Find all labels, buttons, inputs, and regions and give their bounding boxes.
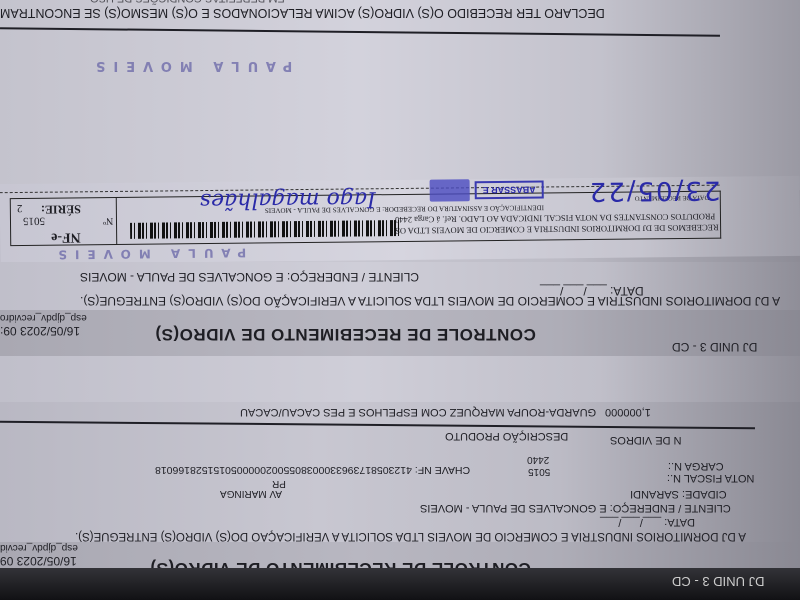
bottom-cliente-label: CLIENTE / ENDEREÇO: — [610, 502, 731, 514]
declaration-line2: EM PERFEITAS CONDIÇÕES DE USO — [90, 0, 285, 4]
cidade-value: SARANDI — [630, 488, 679, 500]
carga-value: 2440 — [527, 454, 549, 465]
bottom-data-value: ___/___/___ — [600, 516, 661, 528]
carga-label: CARGA N.: — [668, 460, 724, 472]
dark-background-edge: DJ UNID 3 - CD — [0, 568, 800, 600]
blue-stamp-text: ABASSAR E — [475, 180, 544, 199]
handwritten-date: 23/05/22 — [588, 175, 721, 206]
items-header-line — [0, 421, 755, 429]
blue-ink-stamp — [430, 179, 470, 201]
item-qty: 1,000000 — [605, 406, 651, 418]
middle-cliente-value: E GONCALVES DE PAULA - MOVEIS — [80, 270, 284, 284]
bottom-sheet: GUARDA-ROUPA MARQUEZ COM ESPELHOS E PES … — [0, 402, 800, 572]
numero-label: Nº — [103, 215, 113, 226]
bottom-data: DATA: ___/___/___ — [600, 516, 695, 528]
middle-sheet: CLIENTE / ENDEREÇO: E GONCALVES DE PAULA… — [0, 262, 800, 402]
nota-fiscal-value: 5015 — [528, 466, 550, 477]
chave-nf: CHAVE NF: 412305817396330003805500200000… — [155, 464, 470, 476]
paula-moveis-stamp: PAULA MOVEIS — [88, 58, 292, 73]
document-photo: EM PERFEITAS CONDIÇÕES DE USO DECLARO TE… — [0, 0, 800, 600]
signature-line — [0, 27, 720, 36]
nota-fiscal-label: NOTA FISCAL N.: — [667, 472, 754, 484]
address: AV MARINGA — [220, 488, 282, 499]
header-n-vidros: N DE VIDROS — [610, 434, 682, 446]
serie-value: 2 — [17, 202, 23, 214]
recebemos-line: RECEBEMOS DE DJ DORMITORIOS INDUSTRIA E … — [395, 223, 719, 236]
cidade: CIDADE: SARANDI — [630, 488, 727, 500]
numero-value: 5015 — [23, 215, 45, 227]
middle-unit: DJ UNID 3 - CD — [672, 340, 757, 354]
bottom-user: esp_djpdv_recvid — [0, 542, 78, 553]
serie-label: SÉRIE: — [41, 201, 81, 216]
chave-value: 4123058173963300038055002000005015152816… — [155, 464, 412, 476]
bottom-cliente: CLIENTE / ENDEREÇO: E GONCALVES DE PAULA… — [420, 502, 731, 514]
nfe-label: NF-e — [51, 228, 81, 244]
nfe-box: SÉRIE: 2 Nº 5015 NF-e — [10, 197, 117, 246]
bottom-data-label: DATA: — [664, 516, 695, 528]
top-sheet: EM PERFEITAS CONDIÇÕES DE USO DECLARO TE… — [0, 0, 800, 190]
handwritten-signature: Iago magalhães — [200, 186, 376, 213]
chave-label: CHAVE NF: — [415, 464, 470, 476]
item-description: GUARDA-ROUPA MARQUEZ COM ESPELHOS E PES … — [240, 406, 596, 418]
middle-cliente-label: CLIENTE / ENDEREÇO: — [287, 270, 419, 284]
bottom-unit: DJ UNID 3 - CD — [672, 574, 764, 589]
bottom-datetime: 16/05/2023 09 — [0, 554, 77, 568]
cidade-label: CIDADE: — [682, 488, 727, 500]
paula-moveis-stamp-2: PAULA MOVEIS — [50, 246, 246, 262]
bottom-cliente-value: E GONCALVES DE PAULA - MOVEIS — [420, 502, 607, 514]
bottom-intro: A DJ DORMITORIOS INDUSTRIA E COMERCIO DE… — [75, 530, 746, 542]
barcode — [130, 220, 400, 239]
nfe-receipt-strip: SÉRIE: 2 Nº 5015 NF-e RECEBEMOS DE DJ DO… — [0, 176, 800, 264]
middle-title-band: esp_djpdv_recvidro 16/05/2023 09: CONTRO… — [0, 310, 800, 356]
middle-datetime: 16/05/2023 09: — [0, 324, 80, 338]
middle-title: CONTROLE DE RECEBIMENTO DE VIDRO(S) — [155, 324, 536, 344]
declaration-line1: DECLARO TER RECEBIDO O(S) VIDRO(S) ACIMA… — [0, 6, 605, 20]
middle-cliente: CLIENTE / ENDEREÇO: E GONCALVES DE PAULA… — [80, 270, 419, 284]
middle-intro: A DJ DORMITORIOS INDUSTRIA E COMERCIO DE… — [80, 294, 780, 308]
middle-user: esp_djpdv_recvidro — [0, 312, 87, 323]
header-descricao: DESCRIÇÃO PRODUTO — [445, 430, 568, 442]
